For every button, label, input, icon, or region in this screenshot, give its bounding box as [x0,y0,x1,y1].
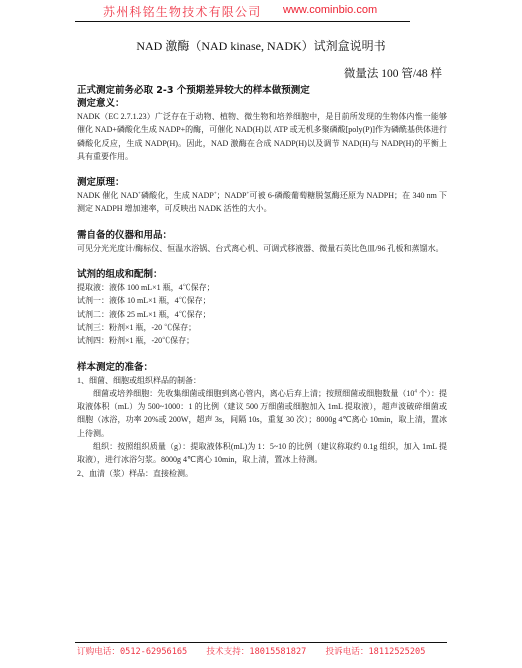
text-run: NADK 催化 NAD [77,191,138,200]
text-run: 细菌或培养细胞：先收集细菌或细胞到离心管内，离心后弃上清；按照细菌或细胞数量（1… [93,389,414,398]
page-footer: 订购电话：0512-62956165 技术支持：18015581827 投诉电话… [77,645,439,657]
page-header: 苏州科铭生物技术有限公司 www.cominbio.com [75,0,410,22]
prep-cells-text: 细菌或培养细胞：先收集细菌或细胞到离心管内，离心后弃上清；按照细菌或细胞数量（1… [77,387,447,440]
document-title: NAD 激酶（NAD kinase, NADK）试剂盒说明书 [0,37,522,54]
tech-support-phone: 技术支持：18015581827 [206,647,306,657]
section-heading: 测定意义： [77,97,447,110]
section-heading: 需自备的仪器和用品： [77,229,447,242]
section-reagents: 试剂的组成和配制： 提取液：液体 100 mL×1 瓶，4℃保存； 试剂一：液体… [77,268,447,347]
company-url[interactable]: www.cominbio.com [283,4,377,16]
reagent-item: 试剂四：粉剂×1 瓶，-20℃保存； [77,334,447,347]
prep-tissue-text: 组织：按照组织质量（g）：提取液体积(mL)为 1：5~10 的比例（建议称取约… [77,440,447,467]
document-body: 正式测定前务必取 2-3 个预期差异较大的样本做预测定 测定意义： NADK（E… [77,84,447,480]
reagent-item: 试剂三：粉剂×1 瓶，-20 ℃保存； [77,321,447,334]
section-text: NADK（EC 2.7.1.23）广泛存在于动物、植物、微生物和培养细胞中，是目… [77,110,447,163]
section-text: 可见分光光度计/酶标仪、恒温水浴锅、台式离心机、可调式移液器、微量石英比色皿/9… [77,242,447,255]
section-heading: 测定原理： [77,176,447,189]
section-preparation: 样本测定的准备： 1、细菌、细胞或组织样品的制备： 细菌或培养细胞：先收集细菌或… [77,361,447,480]
section-text: NADK 催化 NAD+磷酸化，生成 NADP+；NADP+可被 6-磷酸葡萄糖… [77,189,447,216]
pre-test-warning: 正式测定前务必取 2-3 个预期差异较大的样本做预测定 [77,84,447,97]
section-equipment: 需自备的仪器和用品： 可见分光光度计/酶标仪、恒温水浴锅、台式离心机、可调式移液… [77,229,447,255]
section-heading: 试剂的组成和配制： [77,268,447,281]
document-subtitle: 微量法 100 管/48 样 [344,65,442,81]
reagent-item: 试剂二：液体 25 mL×1 瓶，4℃保存； [77,308,447,321]
reagent-item: 试剂一：液体 10 mL×1 瓶，4℃保存； [77,294,447,307]
text-run: ；NADP [217,191,247,200]
text-run: 磷酸化，生成 NADP [141,191,214,200]
prep-item-serum: 2、血清（浆）样品：直接检测。 [77,467,447,480]
section-significance: 测定意义： NADK（EC 2.7.1.23）广泛存在于动物、植物、微生物和培养… [77,97,447,163]
reagent-item: 提取液：液体 100 mL×1 瓶，4℃保存； [77,281,447,294]
complaint-phone: 投诉电话：18112525205 [326,647,426,657]
order-phone: 订购电话：0512-62956165 [77,647,187,657]
footer-rule [75,642,447,643]
section-principle: 测定原理： NADK 催化 NAD+磷酸化，生成 NADP+；NADP+可被 6… [77,176,447,216]
section-heading: 样本测定的准备： [77,361,447,374]
company-name: 苏州科铭生物技术有限公司 [103,3,261,20]
prep-item-title: 1、细菌、细胞或组织样品的制备： [77,374,447,387]
